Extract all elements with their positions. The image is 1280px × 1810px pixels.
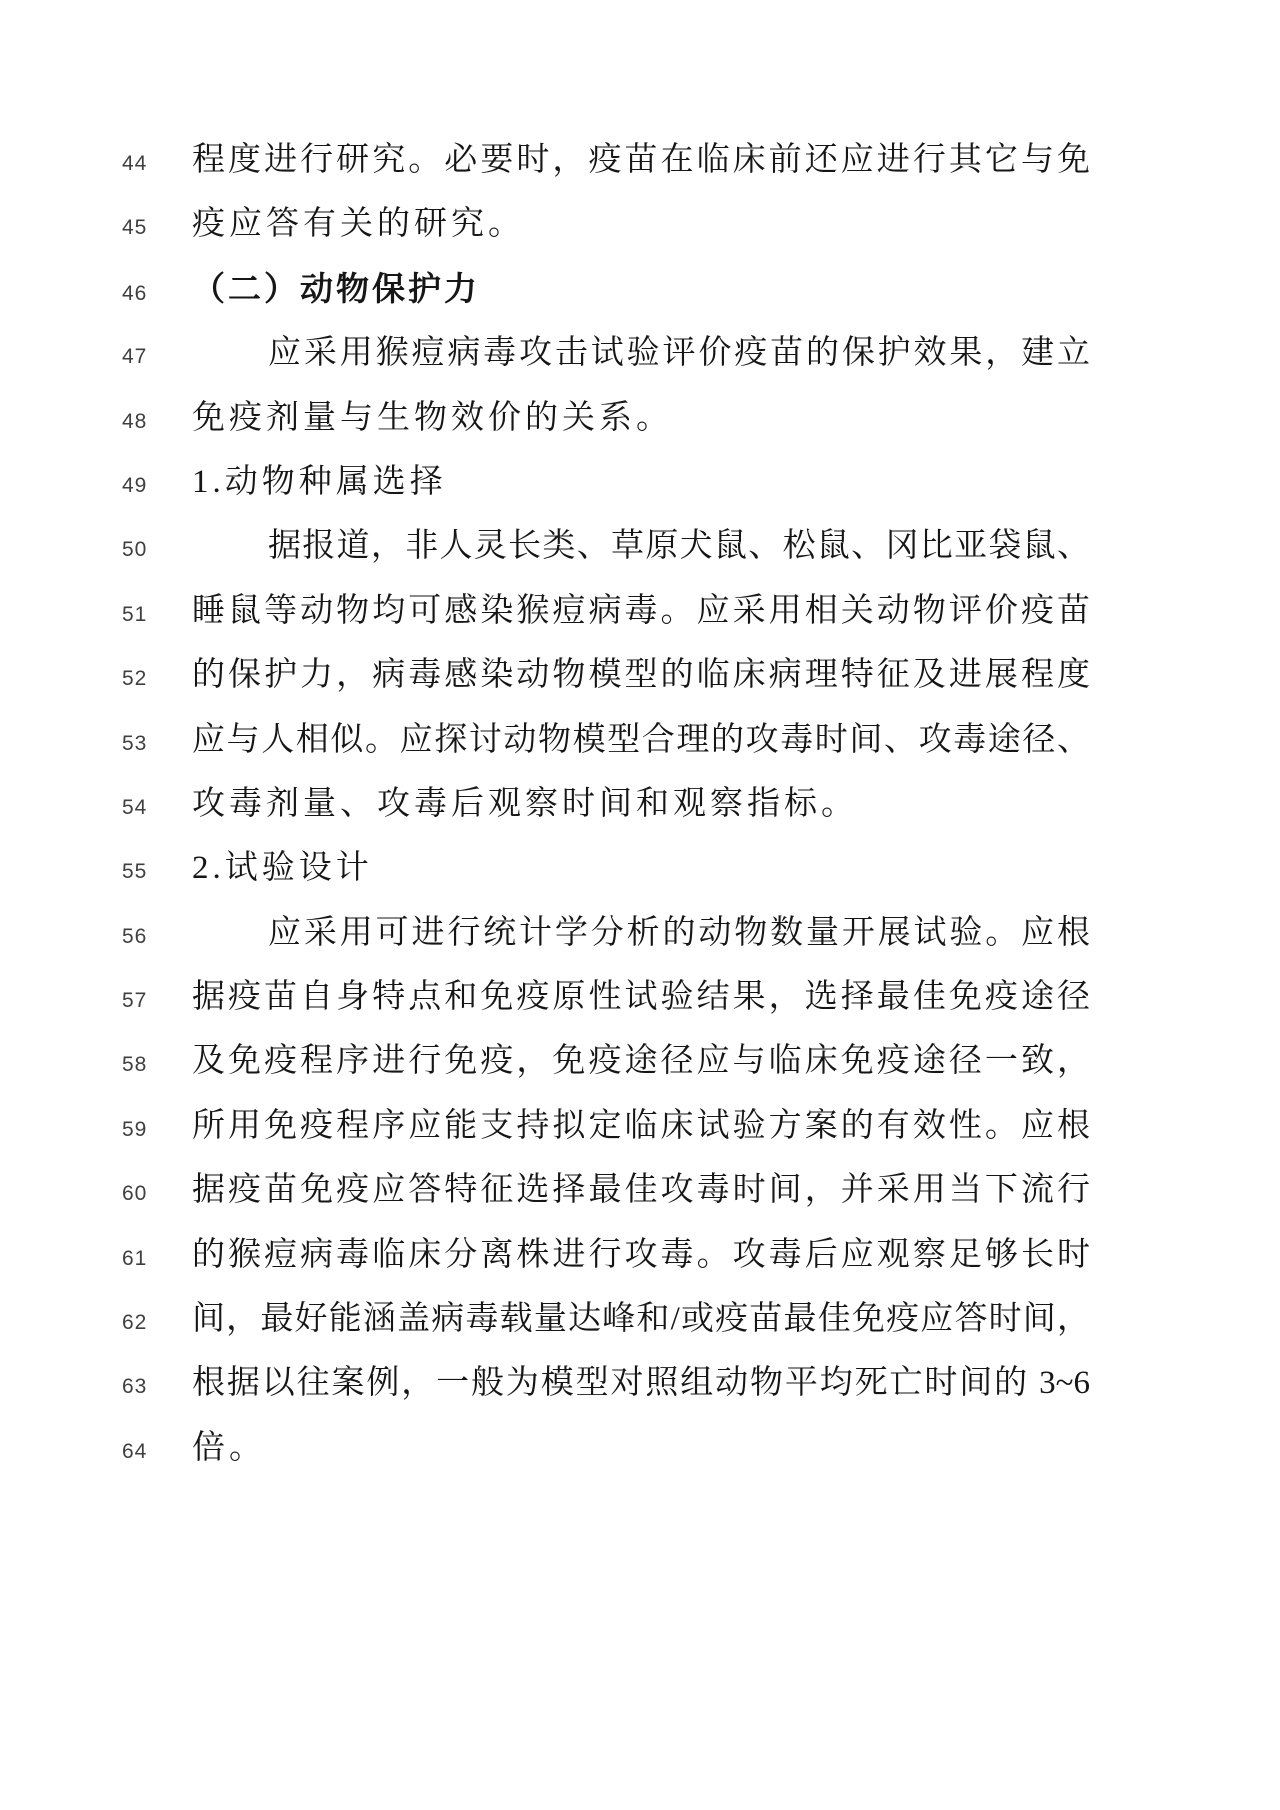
line-text: 的猴痘病毒临床分离株进行攻毒。攻毒后应观察足够长时	[192, 1223, 1090, 1287]
line-text: 据疫苗免疫应答特征选择最佳攻毒时间，并采用当下流行	[192, 1158, 1090, 1222]
document-line: 51 睡鼠等动物均可感染猴痘病毒。应采用相关动物评价疫苗	[0, 579, 1280, 643]
line-number: 48	[122, 411, 192, 432]
document-line: 50 据报道，非人灵长类、草原犬鼠、松鼠、冈比亚袋鼠、	[0, 514, 1280, 578]
line-number: 54	[122, 797, 192, 818]
document-line: 45 疫应答有关的研究。	[0, 192, 1280, 256]
line-text: 应采用可进行统计学分析的动物数量开展试验。应根	[192, 901, 1090, 965]
line-number: 56	[122, 926, 192, 947]
document-line: 55 2.试验设计	[0, 836, 1280, 900]
document-line: 60 据疫苗免疫应答特征选择最佳攻毒时间，并采用当下流行	[0, 1158, 1280, 1222]
line-text: 间，最好能涵盖病毒载量达峰和/或疫苗最佳免疫应答时间，	[192, 1287, 1090, 1351]
document-line: 53 应与人相似。应探讨动物模型合理的攻毒时间、攻毒途径、	[0, 708, 1280, 772]
document-line: 63 根据以往案例，一般为模型对照组动物平均死亡时间的 3~6	[0, 1351, 1280, 1415]
document-line: 52 的保护力，病毒感染动物模型的临床病理特征及进展程度	[0, 643, 1280, 707]
line-text: 应采用猴痘病毒攻击试验评价疫苗的保护效果，建立	[192, 321, 1090, 385]
text-body: 44 程度进行研究。必要时，疫苗在临床前还应进行其它与免 45 疫应答有关的研究…	[0, 128, 1280, 1480]
line-number: 60	[122, 1183, 192, 1204]
document-line: 61 的猴痘病毒临床分离株进行攻毒。攻毒后应观察足够长时	[0, 1223, 1280, 1287]
line-number: 51	[122, 604, 192, 625]
line-text: 2.试验设计	[192, 836, 1090, 900]
document-line: 46 （二）动物保护力	[0, 257, 1280, 321]
line-text: 疫应答有关的研究。	[192, 192, 1090, 256]
line-text: 据报道，非人灵长类、草原犬鼠、松鼠、冈比亚袋鼠、	[192, 514, 1090, 578]
line-text: 应与人相似。应探讨动物模型合理的攻毒时间、攻毒途径、	[192, 708, 1090, 772]
line-text: 1.动物种属选择	[192, 450, 1090, 514]
document-line: 58 及免疫程序进行免疫，免疫途径应与临床免疫途径一致，	[0, 1029, 1280, 1093]
document-page: 44 程度进行研究。必要时，疫苗在临床前还应进行其它与免 45 疫应答有关的研究…	[0, 0, 1280, 1810]
document-line: 49 1.动物种属选择	[0, 450, 1280, 514]
document-line: 64 倍。	[0, 1416, 1280, 1480]
document-line: 48 免疫剂量与生物效价的关系。	[0, 386, 1280, 450]
line-text: 根据以往案例，一般为模型对照组动物平均死亡时间的 3~6	[192, 1351, 1090, 1415]
line-number: 61	[122, 1248, 192, 1269]
document-line: 59 所用免疫程序应能支持拟定临床试验方案的有效性。应根	[0, 1094, 1280, 1158]
line-text: 及免疫程序进行免疫，免疫途径应与临床免疫途径一致，	[192, 1029, 1090, 1093]
line-text: 所用免疫程序应能支持拟定临床试验方案的有效性。应根	[192, 1094, 1090, 1158]
line-number: 49	[122, 475, 192, 496]
line-number: 62	[122, 1312, 192, 1333]
document-line: 54 攻毒剂量、攻毒后观察时间和观察指标。	[0, 772, 1280, 836]
document-line: 57 据疫苗自身特点和免疫原性试验结果，选择最佳免疫途径	[0, 965, 1280, 1029]
document-line: 44 程度进行研究。必要时，疫苗在临床前还应进行其它与免	[0, 128, 1280, 192]
line-number: 52	[122, 668, 192, 689]
line-text: 程度进行研究。必要时，疫苗在临床前还应进行其它与免	[192, 128, 1090, 192]
line-text: 免疫剂量与生物效价的关系。	[192, 386, 1090, 450]
line-number: 64	[122, 1441, 192, 1462]
line-number: 46	[122, 283, 192, 304]
line-number: 58	[122, 1054, 192, 1075]
document-line: 62 间，最好能涵盖病毒载量达峰和/或疫苗最佳免疫应答时间，	[0, 1287, 1280, 1351]
line-text: 睡鼠等动物均可感染猴痘病毒。应采用相关动物评价疫苗	[192, 579, 1090, 643]
line-number: 45	[122, 217, 192, 238]
document-line: 56 应采用可进行统计学分析的动物数量开展试验。应根	[0, 901, 1280, 965]
line-number: 63	[122, 1376, 192, 1397]
document-line: 47 应采用猴痘病毒攻击试验评价疫苗的保护效果，建立	[0, 321, 1280, 385]
line-number: 55	[122, 861, 192, 882]
line-text: （二）动物保护力	[192, 257, 1090, 321]
line-number: 47	[122, 346, 192, 367]
line-number: 44	[122, 153, 192, 174]
line-text: 倍。	[192, 1416, 1090, 1480]
line-number: 53	[122, 733, 192, 754]
line-number: 59	[122, 1119, 192, 1140]
line-number: 50	[122, 539, 192, 560]
line-text: 的保护力，病毒感染动物模型的临床病理特征及进展程度	[192, 643, 1090, 707]
line-text: 攻毒剂量、攻毒后观察时间和观察指标。	[192, 772, 1090, 836]
line-number: 57	[122, 990, 192, 1011]
line-text: 据疫苗自身特点和免疫原性试验结果，选择最佳免疫途径	[192, 965, 1090, 1029]
